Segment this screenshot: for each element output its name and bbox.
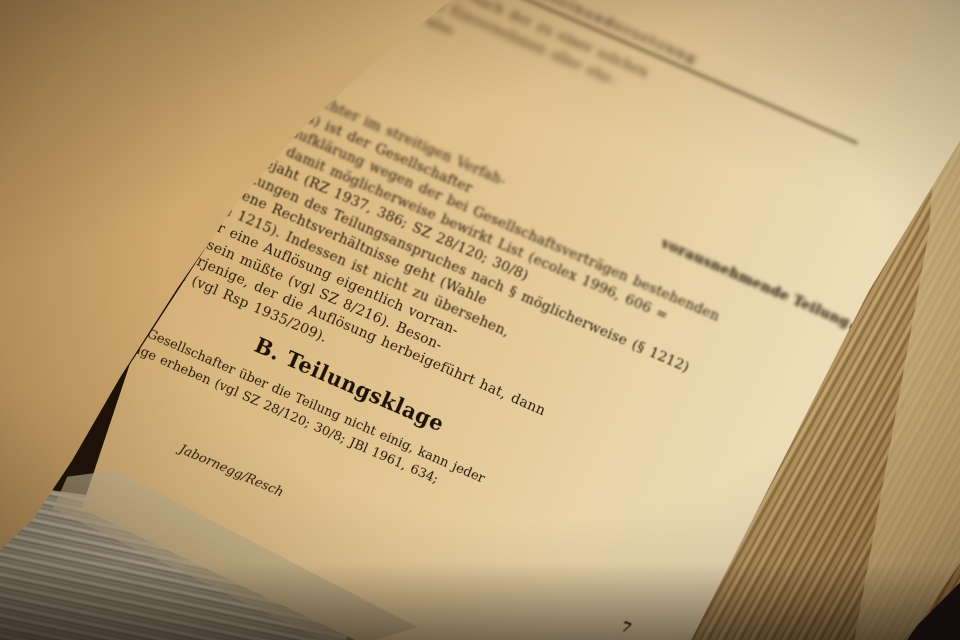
footer-authors: Jabornegg/Resch xyxy=(177,442,286,501)
book-photo: Vermögensrechtliche Auseinandersetzung g… xyxy=(0,0,960,640)
page-number-7: 7 xyxy=(618,619,633,637)
